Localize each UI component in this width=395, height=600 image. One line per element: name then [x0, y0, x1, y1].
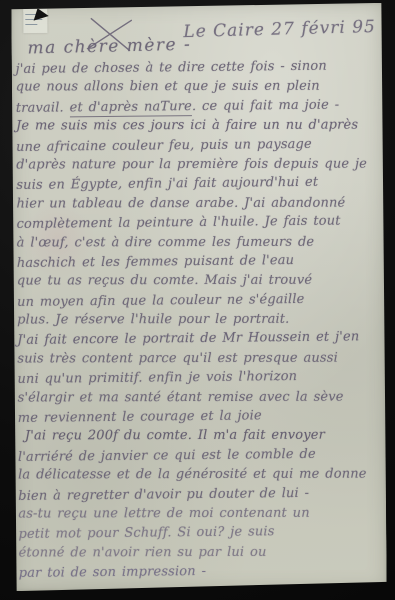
letter-line: bien à regretter d'avoir pu douter de lu… [18, 483, 382, 506]
letter-line: travail. et d'après naTure. ce qui fait … [16, 95, 380, 118]
letter-line: hier un tableau de danse arabe. J'ai aba… [16, 193, 380, 213]
letter-line: J'ai reçu 200f du comte. Il m'a fait env… [18, 426, 382, 446]
letter-line: que nous allons bien et que je suis en p… [16, 77, 380, 97]
letter-line: étonné de n'avoir rien su par lui ou [19, 542, 383, 562]
letter-line: que tu as reçus du comte. Mais j'ai trou… [17, 271, 381, 291]
photograph-stage: Le Caire 27 févri 95 ma chère mère - j'a… [0, 0, 395, 600]
letter-line: Je me suis mis ces jours ici à faire un … [16, 116, 380, 136]
letter-line: l'arriéré de janvier ce qui est le combl… [18, 444, 382, 467]
letter-body: j'ai peu de choses à te dire cette fois … [16, 57, 383, 583]
letter-line: un moyen afin que la couleur ne s'égaill… [17, 289, 381, 312]
catalog-label-scribble [25, 24, 37, 25]
letter-line: petit mot pour Schuff. Si oui? je suis [18, 521, 382, 544]
letter-page: Le Caire 27 févri 95 ma chère mère - j'a… [11, 3, 387, 591]
letter-line: par toi de son impression - [19, 560, 383, 583]
letter-line: uni qu'un primitif. enfin je vois l'hori… [17, 366, 381, 389]
letter-line: suis en Égypte, enfin j'ai fait aujourd'… [16, 172, 380, 195]
letter-line: à l'œuf, c'est à dire comme les fumeurs … [17, 232, 381, 252]
letter-line: J'ai fait encore le portrait de Mr Houss… [17, 328, 381, 351]
letter-line: complètement la peinture à l'huile. Je f… [16, 211, 380, 234]
letter-line: une africaine couleur feu, puis un paysa… [16, 134, 380, 157]
date-line: Le Caire 27 févri 95 [183, 17, 376, 42]
underlined-phrase: et d'après naTure [69, 99, 192, 117]
letter-line: s'élargir et ma santé étant remise avec … [18, 387, 382, 407]
letter-line: la délicatesse et de la générosité et qu… [18, 465, 382, 485]
salutation: ma chère mère - [27, 35, 191, 59]
